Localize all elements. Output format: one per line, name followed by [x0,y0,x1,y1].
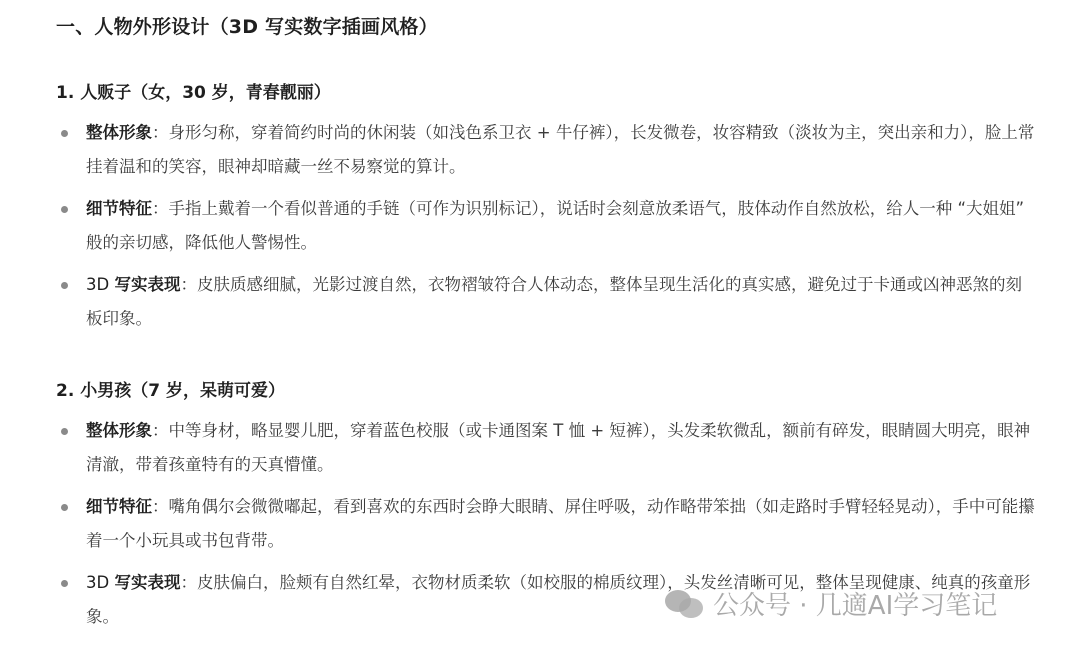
list-item: 整体形象：中等身材，略显婴儿肥，穿着蓝色校服（或卡通图案 T 恤 + 短裤），头… [56,414,1036,482]
bullet-icon [61,428,68,435]
item-text: 皮肤质感细腻，光影过渡自然，衣物褶皱符合人体动态，整体呈现生活化的真实感，避免过… [86,275,1022,328]
item-term: 细节特征 [86,497,152,516]
bullet-icon [61,504,68,511]
item-term: 整体形象 [86,421,152,440]
section-heading-2: 2. 小男孩（7 岁，呆萌可爱） [56,376,285,401]
list-item: 细节特征：嘴角偶尔会微微嘟起，看到喜欢的东西时会睁大眼睛、屏住呼吸，动作略带笨拙… [56,490,1036,558]
list-item: 3D 写实表现：皮肤质感细腻，光影过渡自然，衣物褶皱符合人体动态，整体呈现生活化… [56,268,1036,336]
section-title: 一、人物外形设计（3D 写实数字插画风格） [56,12,438,39]
list-item: 整体形象：身形匀称，穿着简约时尚的休闲装（如浅色系卫衣 + 牛仔裤），长发微卷，… [56,116,1036,184]
watermark: 公众号 · 几適AI学习笔记 [665,585,997,622]
watermark-text: 公众号 · 几適AI学习笔记 [713,585,997,622]
item-term: 整体形象 [86,123,152,142]
bullet-icon [61,282,68,289]
item-term: 写实表现 [114,573,180,592]
section-heading-1: 1. 人贩子（女，30 岁，青春靓丽） [56,78,331,103]
wechat-icon [665,588,705,620]
item-text: 手指上戴着一个看似普通的手链（可作为识别标记），说话时会刻意放柔语气，肢体动作自… [86,199,1024,252]
item-text: 嘴角偶尔会微微嘟起，看到喜欢的东西时会睁大眼睛、屏住呼吸，动作略带笨拙（如走路时… [86,497,1035,550]
item-text: 身形匀称，穿着简约时尚的休闲装（如浅色系卫衣 + 牛仔裤），长发微卷，妆容精致（… [86,123,1034,176]
bullet-icon [61,580,68,587]
item-term: 写实表现 [114,275,180,294]
item-term: 细节特征 [86,199,152,218]
item-text: 中等身材，略显婴儿肥，穿着蓝色校服（或卡通图案 T 恤 + 短裤），头发柔软微乱… [86,421,1030,474]
list-item: 细节特征：手指上戴着一个看似普通的手链（可作为识别标记），说话时会刻意放柔语气，… [56,192,1036,260]
bullet-icon [61,130,68,137]
bullet-icon [61,206,68,213]
list-section-1: 整体形象：身形匀称，穿着简约时尚的休闲装（如浅色系卫衣 + 牛仔裤），长发微卷，… [56,116,1036,344]
